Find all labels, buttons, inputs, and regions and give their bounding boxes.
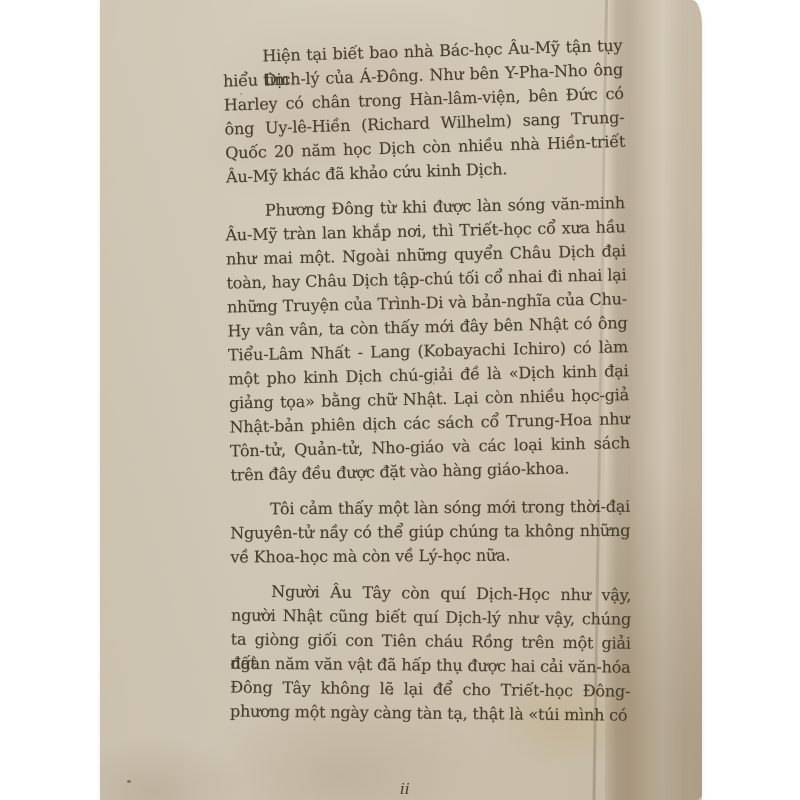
text-line: về Khoa-học mà còn về Lý-học nữa. — [230, 543, 630, 570]
book-page: Hiện tại biết bao nhà Bác-học Âu-Mỹ tận … — [100, 0, 702, 800]
text-line: phương một ngày càng tàn tạ, thật là «tú… — [230, 699, 630, 727]
paragraph: Tôi cảm thấy một làn sóng mới trong thời… — [230, 495, 630, 570]
paragraph: Hiện tại biết bao nhà Bác-học Âu-Mỹ tận … — [222, 34, 626, 190]
text-line: Tôi cảm thấy một làn sóng mới trong thời… — [230, 495, 630, 522]
photo-background: Hiện tại biết bao nhà Bác-học Âu-Mỹ tận … — [0, 0, 800, 800]
paper-speck — [127, 780, 131, 783]
paragraph: Phương Đông từ khi được làn sóng văn-min… — [225, 191, 631, 487]
paragraph: Người Âu Tây còn quí Dịch-Học như vậy,ng… — [230, 579, 631, 727]
page-number: ii — [400, 780, 410, 798]
text-line: Nguyên-tử nầy có thể giúp chúng ta không… — [230, 519, 630, 546]
page-text: Hiện tại biết bao nhà Bác-học Âu-Mỹ tận … — [222, 39, 634, 734]
